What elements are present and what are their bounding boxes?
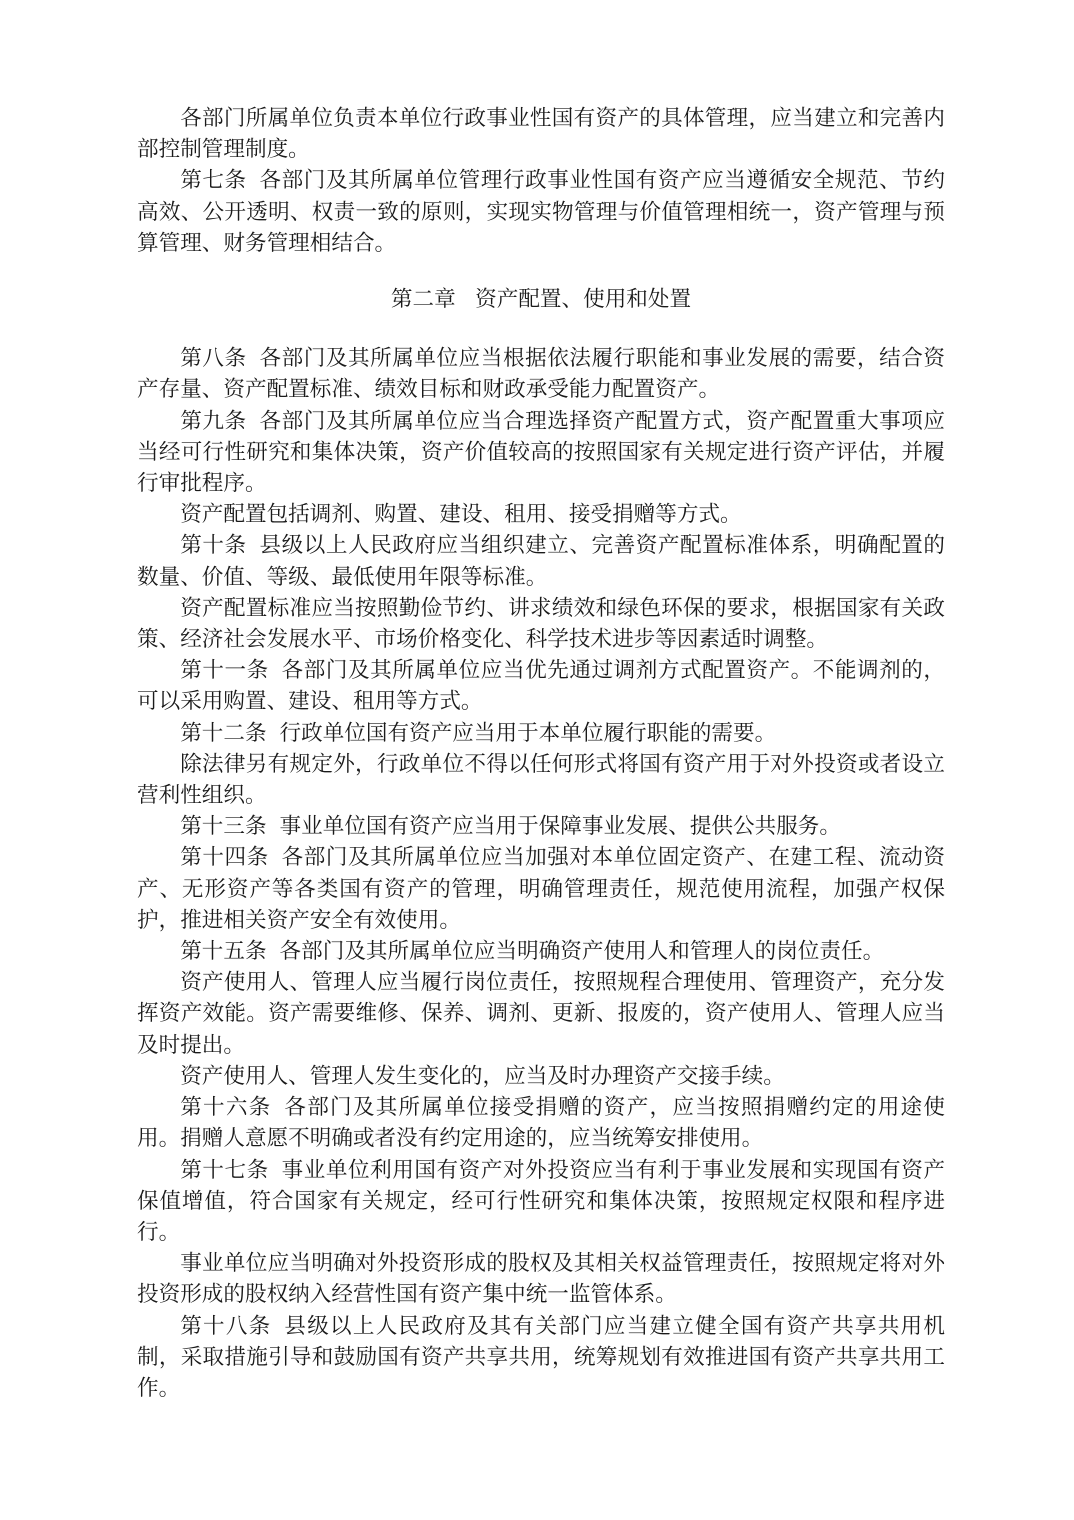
article-number: 第十二条 [180, 721, 266, 746]
article-number: 第十四条 [180, 845, 269, 870]
article-paragraph: 第十八条县级以上人民政府及其有关部门应当建立健全国有资产共享共用机制，采取措施引… [137, 1311, 945, 1405]
paragraph: 资产使用人、管理人发生变化的，应当及时办理资产交接手续。 [137, 1061, 945, 1092]
article-paragraph: 第八条各部门及其所属单位应当根据依法履行职能和事业发展的需要，结合资产存量、资产… [137, 343, 945, 405]
paragraph-text: 县级以上人民政府应当组织建立、完善资产配置标准体系，明确配置的数量、价值、等级、… [137, 533, 945, 589]
article-number: 第十三条 [180, 814, 266, 839]
paragraph: 资产使用人、管理人应当履行岗位责任，按照规程合理使用、管理资产，充分发挥资产效能… [137, 967, 945, 1061]
paragraph: 资产配置标准应当按照勤俭节约、讲求绩效和绿色环保的要求，根据国家有关政策、经济社… [137, 593, 945, 655]
paragraph-text: 各部门及其所属单位应当合理选择资产配置方式，资产配置重大事项应当经可行性研究和集… [137, 409, 945, 496]
paragraph-text: 各部门及其所属单位应当根据依法履行职能和事业发展的需要，结合资产存量、资产配置标… [137, 346, 945, 402]
article-paragraph: 第十条县级以上人民政府应当组织建立、完善资产配置标准体系，明确配置的数量、价值、… [137, 530, 945, 592]
article-number: 第十条 [180, 533, 246, 558]
article-paragraph: 第十四条各部门及其所属单位应当加强对本单位固定资产、在建工程、流动资产、无形资产… [137, 842, 945, 936]
article-paragraph: 第十二条行政单位国有资产应当用于本单位履行职能的需要。 [137, 718, 945, 749]
article-number: 第十一条 [180, 658, 269, 683]
paragraph-text: 除法律另有规定外，行政单位不得以任何形式将国有资产用于对外投资或者设立营利性组织… [137, 752, 945, 808]
paragraph-text: 各部门及其所属单位应当明确资产使用人和管理人的岗位责任。 [280, 939, 885, 964]
paragraph-text: 资产使用人、管理人发生变化的，应当及时办理资产交接手续。 [180, 1064, 785, 1089]
paragraph-text: 资产使用人、管理人应当履行岗位责任，按照规程合理使用、管理资产，充分发挥资产效能… [137, 970, 945, 1057]
chapter-number: 第二章 [391, 287, 456, 312]
article-number: 第八条 [180, 346, 246, 371]
article-number: 第九条 [180, 409, 246, 434]
article-paragraph: 第十七条事业单位利用国有资产对外投资应当有利于事业发展和实现国有资产保值增值，符… [137, 1155, 945, 1249]
paragraph-text: 行政单位国有资产应当用于本单位履行职能的需要。 [280, 721, 777, 746]
paragraph-text: 事业单位应当明确对外投资形成的股权及其相关权益管理责任，按照规定将对外投资形成的… [137, 1251, 945, 1307]
section-after-chapter: 第八条各部门及其所属单位应当根据依法履行职能和事业发展的需要，结合资产存量、资产… [137, 343, 945, 1404]
article-paragraph: 第十五条各部门及其所属单位应当明确资产使用人和管理人的岗位责任。 [137, 936, 945, 967]
paragraph: 事业单位应当明确对外投资形成的股权及其相关权益管理责任，按照规定将对外投资形成的… [137, 1248, 945, 1310]
article-paragraph: 第七条各部门及其所属单位管理行政事业性国有资产应当遵循安全规范、节约高效、公开透… [137, 165, 945, 259]
paragraph: 各部门所属单位负责本单位行政事业性国有资产的具体管理，应当建立和完善内部控制管理… [137, 103, 945, 165]
article-number: 第十六条 [180, 1095, 271, 1120]
chapter-title: 资产配置、使用和处置 [475, 287, 691, 312]
article-number: 第十八条 [180, 1314, 271, 1339]
article-number: 第七条 [180, 168, 246, 193]
paragraph-text: 各部门及其所属单位管理行政事业性国有资产应当遵循安全规范、节约高效、公开透明、权… [137, 168, 945, 255]
paragraph: 资产配置包括调剂、购置、建设、租用、接受捐赠等方式。 [137, 499, 945, 530]
article-paragraph: 第十一条各部门及其所属单位应当优先通过调剂方式配置资产。不能调剂的，可以采用购置… [137, 655, 945, 717]
paragraph-text: 资产配置标准应当按照勤俭节约、讲求绩效和绿色环保的要求，根据国家有关政策、经济社… [137, 596, 945, 652]
article-paragraph: 第十六条各部门及其所属单位接受捐赠的资产，应当按照捐赠约定的用途使用。捐赠人意愿… [137, 1092, 945, 1154]
paragraph-text: 事业单位国有资产应当用于保障事业发展、提供公共服务。 [280, 814, 841, 839]
chapter-heading: 第二章资产配置、使用和处置 [137, 284, 945, 315]
section-before-chapter: 各部门所属单位负责本单位行政事业性国有资产的具体管理，应当建立和完善内部控制管理… [137, 103, 945, 259]
paragraph-text: 各部门所属单位负责本单位行政事业性国有资产的具体管理，应当建立和完善内部控制管理… [137, 106, 945, 162]
paragraph: 除法律另有规定外，行政单位不得以任何形式将国有资产用于对外投资或者设立营利性组织… [137, 749, 945, 811]
article-paragraph: 第九条各部门及其所属单位应当合理选择资产配置方式，资产配置重大事项应当经可行性研… [137, 406, 945, 500]
paragraph-text: 资产配置包括调剂、购置、建设、租用、接受捐赠等方式。 [180, 502, 741, 527]
article-paragraph: 第十三条事业单位国有资产应当用于保障事业发展、提供公共服务。 [137, 811, 945, 842]
document-page: 各部门所属单位负责本单位行政事业性国有资产的具体管理，应当建立和完善内部控制管理… [137, 103, 945, 1404]
article-number: 第十七条 [180, 1158, 269, 1183]
article-number: 第十五条 [180, 939, 266, 964]
